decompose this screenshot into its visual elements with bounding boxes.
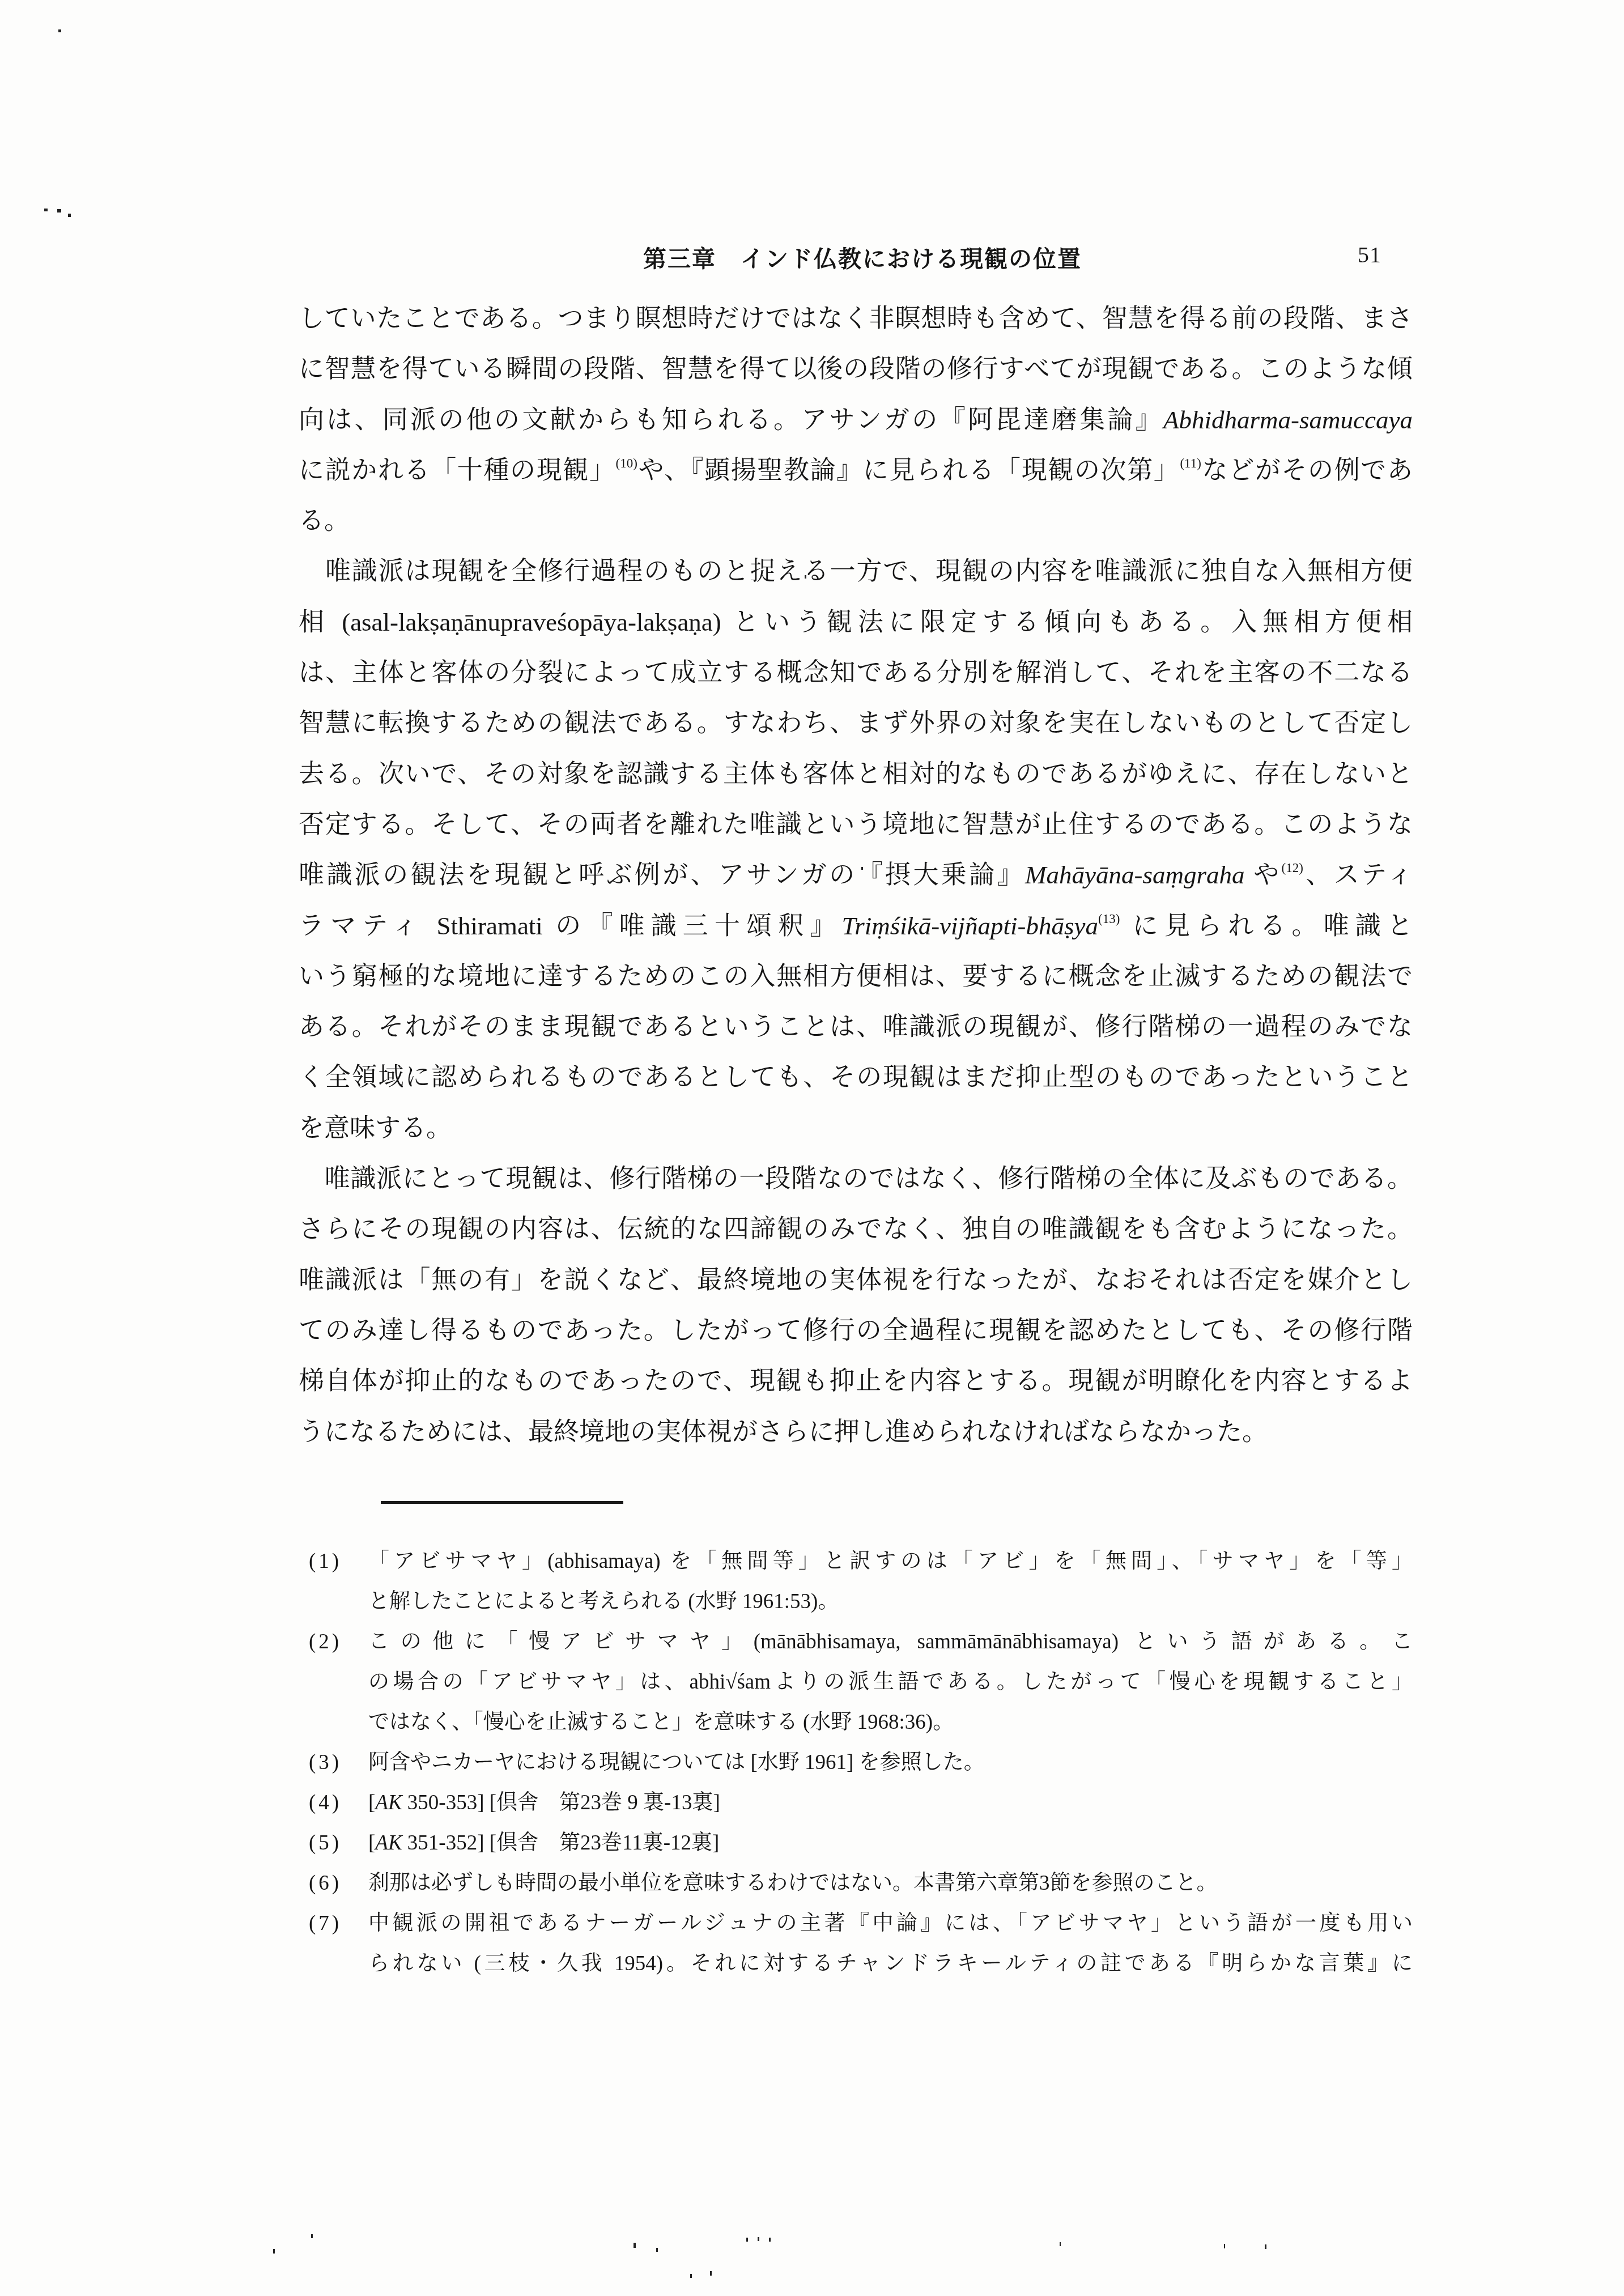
scanned-book-page: 第三章 インド仏教における現観の位置 51 していたことである。つまり瞑想時だけ…: [0, 0, 1624, 2296]
body-line: る。: [299, 496, 1413, 546]
running-header: 第三章 インド仏教における現観の位置 51: [0, 240, 1624, 274]
scan-speck: [273, 2249, 275, 2254]
book-title-latin: Triṃśikā-vijñapti-bhāṣya: [842, 912, 1098, 940]
body-line: 唯識派の観法を現観と呼ぶ例が、アサンガの『摂大乗論』Mahāyāna-saṃgr…: [299, 850, 1413, 900]
footnote-line: [AK 351-352] [倶舎 第23巻11裏-12裏]: [368, 1823, 1413, 1863]
footnote-number: (1): [309, 1541, 342, 1581]
footnote-line: と解したことによると考えられる (水野 1961:53)。: [368, 1581, 1413, 1622]
body-line: 唯識派にとって現観は、修行階梯の一段階なのではなく、修行階梯の全体に及ぶものであ…: [299, 1154, 1413, 1204]
footnote-marker: (11): [1180, 456, 1201, 470]
body-text: していたことである。つまり瞑想時だけではなく非瞑想時も含めて、智慧を得る前の段階…: [299, 294, 1413, 1457]
scan-speck: [805, 575, 806, 579]
scan-speck: [758, 2237, 759, 2241]
footnote: (1) 「アビサマヤ」(abhisamaya) を「無間等」と訳すのは「アビ」を…: [309, 1541, 1413, 1622]
footnote-marker: (12): [1282, 861, 1303, 875]
footnotes: (1) 「アビサマヤ」(abhisamaya) を「無間等」と訳すのは「アビ」を…: [309, 1541, 1413, 1984]
footnote-line: この他に「慢アビサマヤ」(mānābhisamaya, sammāmānābhi…: [368, 1622, 1413, 1662]
body-line: 梯自体が抑止的なものであったので、現観も抑止を内容とする。現観が明瞭化を内容とす…: [299, 1356, 1413, 1406]
footnote-separator-rule: [381, 1501, 623, 1504]
footnote-line: [AK 350-353] [倶舎 第23巻 9 裏-13裏]: [368, 1783, 1413, 1823]
body-line: いう窮極的な境地に達するためのこの入無相方便相は、要するに概念を止滅するための観…: [299, 951, 1413, 1002]
scan-speck: [1224, 2244, 1225, 2248]
body-line-segment: や: [1245, 861, 1282, 889]
footnote-segment: 351-352] [倶舎 第23巻11裏-12裏]: [402, 1831, 720, 1855]
footnote-number: (6): [309, 1863, 342, 1903]
scan-speck: [1265, 2244, 1266, 2249]
body-line-segment: 、スティ: [1303, 861, 1413, 889]
body-line: 智慧に転換するための観法である。すなわち、まず外界の対象を実在しないものとして否…: [299, 698, 1413, 749]
chapter-header-title: 第三章 インド仏教における現観の位置: [643, 240, 1082, 274]
body-line: していたことである。つまり瞑想時だけではなく非瞑想時も含めて、智慧を得る前の段階…: [299, 294, 1413, 344]
scan-speck: [710, 2271, 712, 2276]
scan-speck: [656, 2248, 658, 2252]
scan-speck: [57, 209, 61, 212]
footnote: (7) 中観派の開祖であるナーガールジュナの主著『中論』には、「アビサマヤ」とい…: [309, 1903, 1413, 1984]
footnote-line: 阿含やニカーヤにおける現観については [水野 1961] を参照した。: [368, 1742, 1413, 1783]
body-line: 向は、同派の他の文献からも知られる。アサンガの『阿毘達磨集論』Abhidharm…: [299, 395, 1413, 445]
footnote-marker: (13): [1098, 912, 1120, 926]
scan-speck: [861, 867, 863, 870]
body-line: 去る。次いで、その対象を認識する主体も客体と相対的なものであるがゆえに、存在しな…: [299, 749, 1413, 800]
footnote-number: (2): [309, 1622, 342, 1662]
body-line-segment: ラマティ Sthiramati の『唯識三十頌釈』: [299, 912, 842, 940]
body-line-segment: 向は、同派の他の文献からも知られる。アサンガの『阿毘達磨集論』: [299, 406, 1163, 434]
body-line: ある。それがそのまま現観であるということは、唯識派の現観が、修行階梯の一過程のみ…: [299, 1002, 1413, 1052]
footnote-segment: [: [368, 1791, 375, 1814]
body-line: に智慧を得ている瞬間の段階、智慧を得て以後の段階の修行すべてが現観である。このよ…: [299, 344, 1413, 394]
footnote-number: (3): [309, 1742, 342, 1783]
scan-speck: [68, 214, 71, 217]
scan-speck: [1060, 2242, 1061, 2246]
scan-speck: [58, 29, 61, 32]
scan-speck: [634, 2243, 636, 2248]
body-line: 相 (asal-lakṣaṇānupraveśopāya-lakṣaṇa) とい…: [299, 597, 1413, 648]
footnote-line: ではなく、「慢心を止滅すること」を意味する (水野 1968:36)。: [368, 1702, 1413, 1742]
footnote: (5) [AK 351-352] [倶舎 第23巻11裏-12裏]: [309, 1823, 1413, 1863]
scan-speck: [690, 2274, 692, 2278]
abbreviation-ak: AK: [375, 1791, 402, 1814]
body-line-segment: や、『顕揚聖教論』に見られる「現観の次第」: [637, 456, 1180, 484]
footnote-line: 刹那は必ずしも時間の最小単位を意味するわけではない。本書第六章第3節を参照のこと…: [368, 1863, 1413, 1903]
footnote: (6) 刹那は必ずしも時間の最小単位を意味するわけではない。本書第六章第3節を参…: [309, 1863, 1413, 1903]
body-line: く全領域に認められるものであるとしても、その現観はまだ抑止型のものであったという…: [299, 1052, 1413, 1103]
page-number: 51: [1358, 241, 1381, 268]
scan-speck: [311, 2234, 313, 2238]
body-line: 唯識派は現観を全修行過程のものと捉える一方で、現観の内容を唯識派に独自な入無相方…: [299, 546, 1413, 597]
footnote: (4) [AK 350-353] [倶舎 第23巻 9 裏-13裏]: [309, 1783, 1413, 1823]
scan-speck: [746, 2238, 748, 2242]
book-title-latin: Mahāyāna-saṃgraha: [1025, 861, 1244, 889]
body-line: は、主体と客体の分裂によって成立する概念知である分別を解消して、それを主客の不二…: [299, 648, 1413, 698]
footnote-line: られない (三枝・久我 1954)。それに対するチャンドラキールティの註である『…: [368, 1944, 1413, 1984]
body-line-segment: 唯識派の観法を現観と呼ぶ例が、アサンガの『摂大乗論』: [299, 861, 1025, 889]
book-title-latin: Abhidharma-samuccaya: [1163, 406, 1413, 434]
body-line: てのみ達し得るものであった。したがって修行の全過程に現観を認めたとしても、その修…: [299, 1306, 1413, 1356]
scan-speck: [769, 2238, 771, 2242]
body-line: うになるためには、最終境地の実体視がさらに押し進められなければならなかった。: [299, 1407, 1413, 1457]
abbreviation-ak: AK: [375, 1831, 402, 1855]
body-line-segment: などがその例であ: [1201, 456, 1413, 484]
footnote: (3) 阿含やニカーヤにおける現観については [水野 1961] を参照した。: [309, 1742, 1413, 1783]
footnote-number: (4): [309, 1783, 342, 1823]
footnote-number: (5): [309, 1823, 342, 1863]
footnote-line: 「アビサマヤ」(abhisamaya) を「無間等」と訳すのは「アビ」を「無間」…: [368, 1541, 1413, 1581]
body-line: さらにその現観の内容は、伝統的な四諦観のみでなく、独自の唯識観をも含むようになっ…: [299, 1204, 1413, 1255]
body-line: 唯識派は「無の有」を説くなど、最終境地の実体視を行なったが、なおそれは否定を媒介…: [299, 1255, 1413, 1306]
footnote-number: (7): [309, 1903, 342, 1944]
scan-speck: [44, 209, 48, 211]
body-line: に説かれる「十種の現観」(10)や、『顕揚聖教論』に見られる「現観の次第」(11…: [299, 445, 1413, 496]
footnote-marker: (10): [616, 456, 637, 470]
footnote: (2) この他に「慢アビサマヤ」(mānābhisamaya, sammāmān…: [309, 1622, 1413, 1742]
footnote-segment: [: [368, 1831, 375, 1855]
body-line: 否定する。そして、その両者を離れた唯識という境地に智慧が止住するのである。このよ…: [299, 800, 1413, 850]
footnote-line: の場合の「アビサマヤ」は、abhi√śamよりの派生語である。したがって「慢心を…: [368, 1662, 1413, 1702]
body-line-segment: に説かれる「十種の現観」: [299, 456, 616, 484]
footnote-segment: 350-353] [倶舎 第23巻 9 裏-13裏]: [402, 1791, 720, 1814]
footnote-line: 中観派の開祖であるナーガールジュナの主著『中論』には、「アビサマヤ」という語が一…: [368, 1903, 1413, 1944]
body-line: を意味する。: [299, 1103, 1413, 1154]
body-line: ラマティ Sthiramati の『唯識三十頌釈』Triṃśikā-vijñap…: [299, 901, 1413, 951]
body-line-segment: に見られる。唯識と: [1120, 912, 1413, 940]
